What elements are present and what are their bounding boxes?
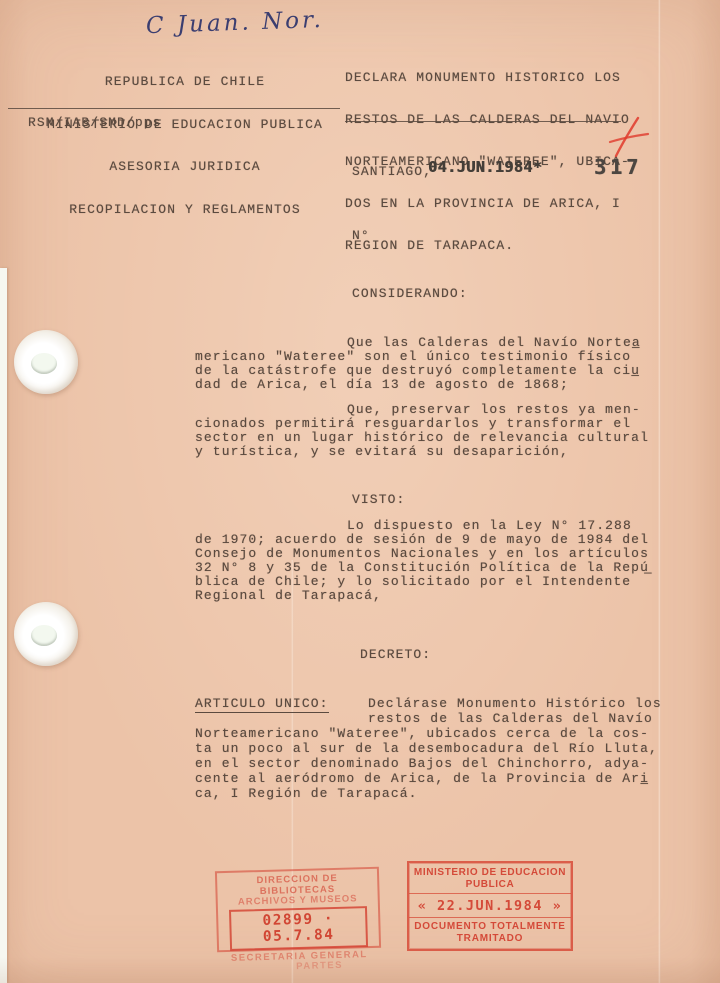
subject-line: REGION DE TARAPACA. [345,239,637,253]
archive-stamp-number-date: 02899 · 05.7.84 [229,906,368,951]
body-line: mericano "Wateree" son el único testimon… [195,350,631,364]
ministry-stamp-line: DOCUMENTO TOTALMENTE [409,921,571,933]
paper-crease [658,0,661,983]
ministry-stamp-line: TRAMITADO [409,933,571,945]
date-stamp: 04.JUN.1984* [428,158,542,176]
body-line: dad de Arica, el día 13 de agosto de 186… [195,378,569,392]
body-line: Que las Calderas del Navío Nortea̲ [347,336,641,350]
body-line: de 1970; acuerdo de sesión de 9 de mayo … [195,533,649,547]
articulo-unico-label: ARTICULO UNICO: [195,697,329,711]
decree-number: 317 [594,155,642,179]
archive-stamp: DIRECCION DE BIBLIOTECAS ARCHIVOS Y MUSE… [215,867,381,953]
body-line: en el sector denominado Bajos del Chinch… [195,757,649,771]
ministry-stamp-line: PUBLICA [409,879,571,891]
letterhead-line: REPUBLICA DE CHILE [28,75,342,90]
ministry-stamp-line: MINISTERIO DE EDUCACION [409,867,571,879]
body-line: sector en un lugar histórico de relevanc… [195,431,649,445]
ministry-stamp: MINISTERIO DE EDUCACION PUBLICA « 22.JUN… [407,861,573,951]
punch-hole-center [31,625,57,646]
body-line: ca, I Región de Tarapacá. [195,787,418,801]
body-line: Lo dispuesto en la Ley N° 17.288 [347,519,632,533]
scanned-decree-document: C Juan. Nor. REPUBLICA DE CHILE MINISTER… [0,0,720,983]
letterhead-underline [8,108,340,109]
body-line: de la catástrofe que destruyó completame… [195,364,640,378]
body-line: 32 N° 8 y 35 de la Constitución Política… [195,561,649,575]
body-line: Norteamericano "Wateree", ubicados cerca… [195,727,649,741]
body-line: restos de las Calderas del Navío [368,712,653,726]
considerando-heading: CONSIDERANDO: [352,287,468,301]
scanner-edge [0,268,7,983]
body-line: Regional de Tarapacá, [195,589,382,603]
letterhead-line: ASESORIA JURIDICA [28,160,342,175]
articulo-label-text: ARTICULO UNICO: [195,696,329,713]
body-line: cente al aeródromo de Arica, de la Provi… [195,772,649,786]
body-line: y turística, y se evitará su desaparició… [195,445,569,459]
punch-hole [14,602,78,666]
letterhead-line: RECOPILACION Y REGLAMENTOS [28,203,342,218]
visto-heading: VISTO: [352,493,405,507]
body-line: Declárase Monumento Histórico los [368,697,662,711]
decreto-heading: DECRETO: [360,648,431,662]
handwritten-note: C Juan. Nor. [146,7,325,39]
ministry-stamp-title: MINISTERIO DE EDUCACION PUBLICA [409,863,571,894]
body-line: blica de Chile; y lo solicitado por el I… [195,575,631,589]
ministry-stamp-date: « 22.JUN.1984 » [409,894,571,918]
letterhead: REPUBLICA DE CHILE MINISTERIO DE EDUCACI… [28,47,342,245]
numero-label: N° [352,229,370,243]
reference-code: RSM/IAB/SMD/pps [28,116,162,130]
body-line: cionados permitirá resguardarlos y trans… [195,417,631,431]
subject-line: DECLARA MONUMENTO HISTORICO LOS [345,71,637,85]
dateline-city: SANTIAGO, [352,165,432,179]
subject-underline [345,121,621,122]
body-line: Consejo de Monumentos Nacionales y en lo… [195,547,649,561]
punch-hole-center [31,353,57,374]
subject-line: DOS EN LA PROVINCIA DE ARICA, I [345,197,637,211]
subject-line: RESTOS DE LAS CALDERAS DEL NAVIO [345,113,637,127]
punch-hole [14,330,78,394]
body-line: Que, preservar los restos ya men- [347,403,641,417]
body-line: ta un poco al sur de la desembocadura de… [195,742,658,756]
ministry-stamp-status: DOCUMENTO TOTALMENTE TRAMITADO [409,918,571,944]
